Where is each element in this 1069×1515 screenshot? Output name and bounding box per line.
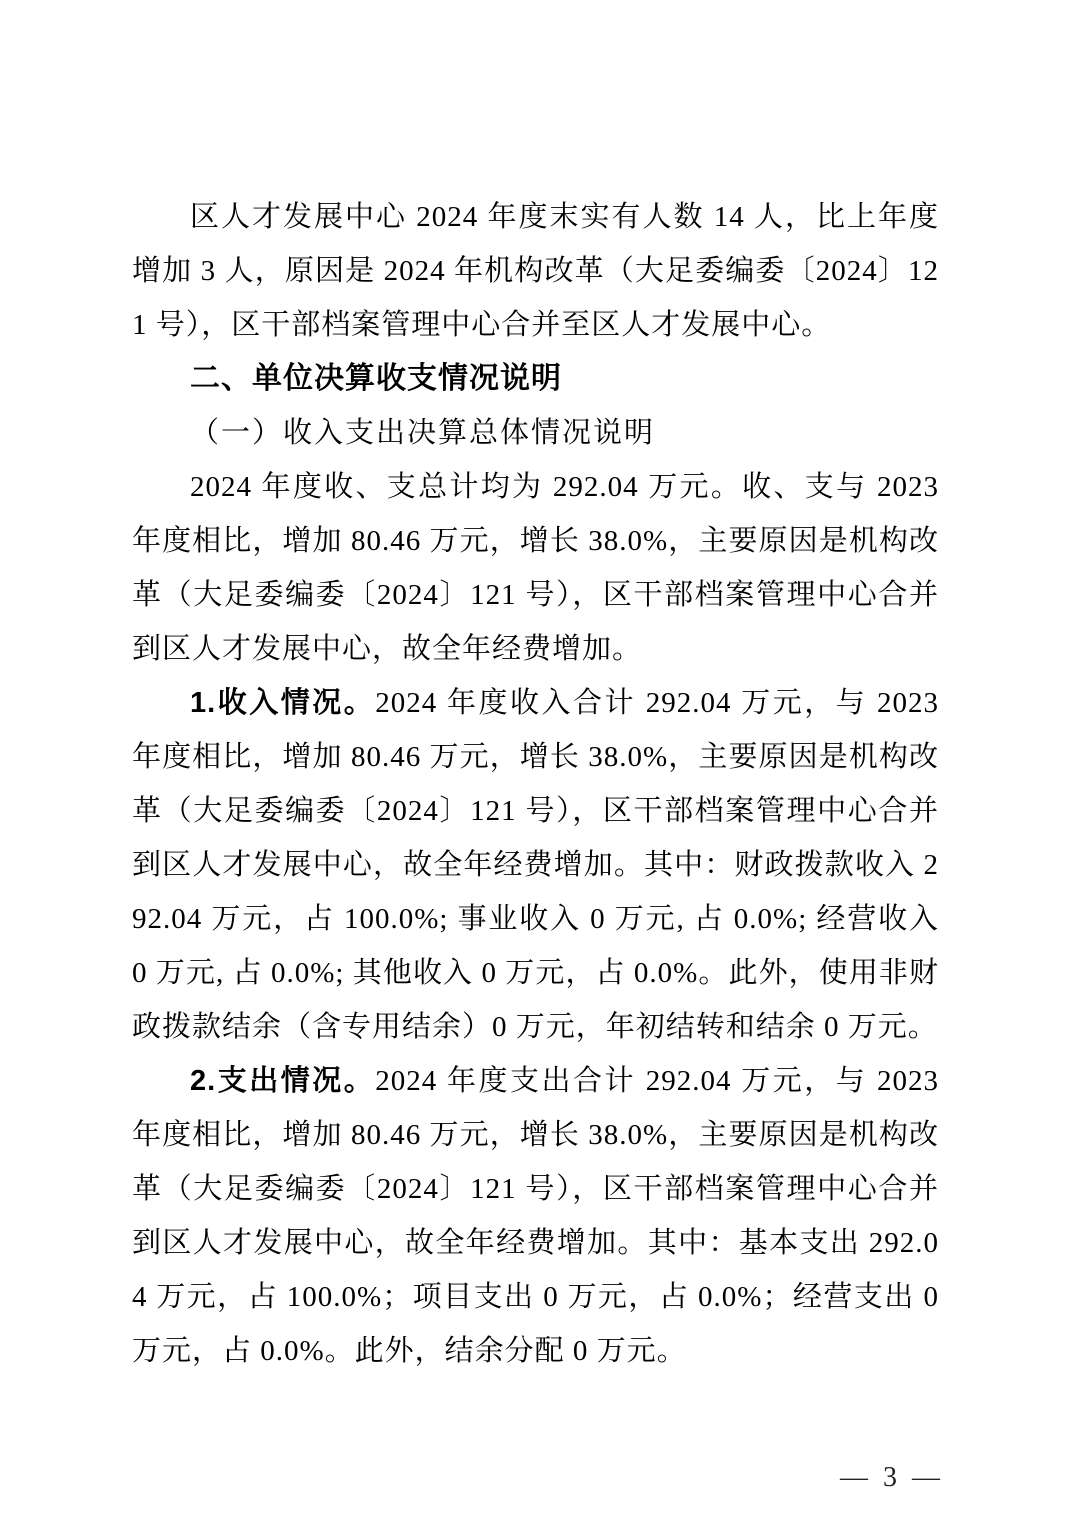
paragraph-overview: 2024 年度收、支总计均为 292.04 万元。收、支与 2023 年度相比，… bbox=[132, 460, 939, 676]
section-heading-2: 二、单位决算收支情况说明 bbox=[132, 352, 939, 406]
page-number: — 3 — bbox=[840, 1462, 944, 1494]
expense-body: 2024 年度支出合计 292.04 万元，与 2023 年度相比，增加 80.… bbox=[132, 1065, 939, 1367]
expense-label: 2.支出情况。 bbox=[190, 1065, 375, 1097]
document-page: 区人才发展中心 2024 年度末实有人数 14 人，比上年度增加 3 人，原因是… bbox=[0, 0, 1069, 1515]
paragraph-expense: 2.支出情况。2024 年度支出合计 292.04 万元，与 2023 年度相比… bbox=[132, 1054, 939, 1378]
paragraph-income: 1.收入情况。2024 年度收入合计 292.04 万元，与 2023 年度相比… bbox=[132, 676, 939, 1054]
income-label: 1.收入情况。 bbox=[190, 687, 375, 719]
subsection-heading-1: （一）收入支出决算总体情况说明 bbox=[132, 406, 939, 460]
paragraph-staff-count: 区人才发展中心 2024 年度末实有人数 14 人，比上年度增加 3 人，原因是… bbox=[132, 190, 939, 352]
document-body: 区人才发展中心 2024 年度末实有人数 14 人，比上年度增加 3 人，原因是… bbox=[132, 190, 939, 1378]
income-body: 2024 年度收入合计 292.04 万元，与 2023 年度相比，增加 80.… bbox=[132, 687, 939, 1043]
